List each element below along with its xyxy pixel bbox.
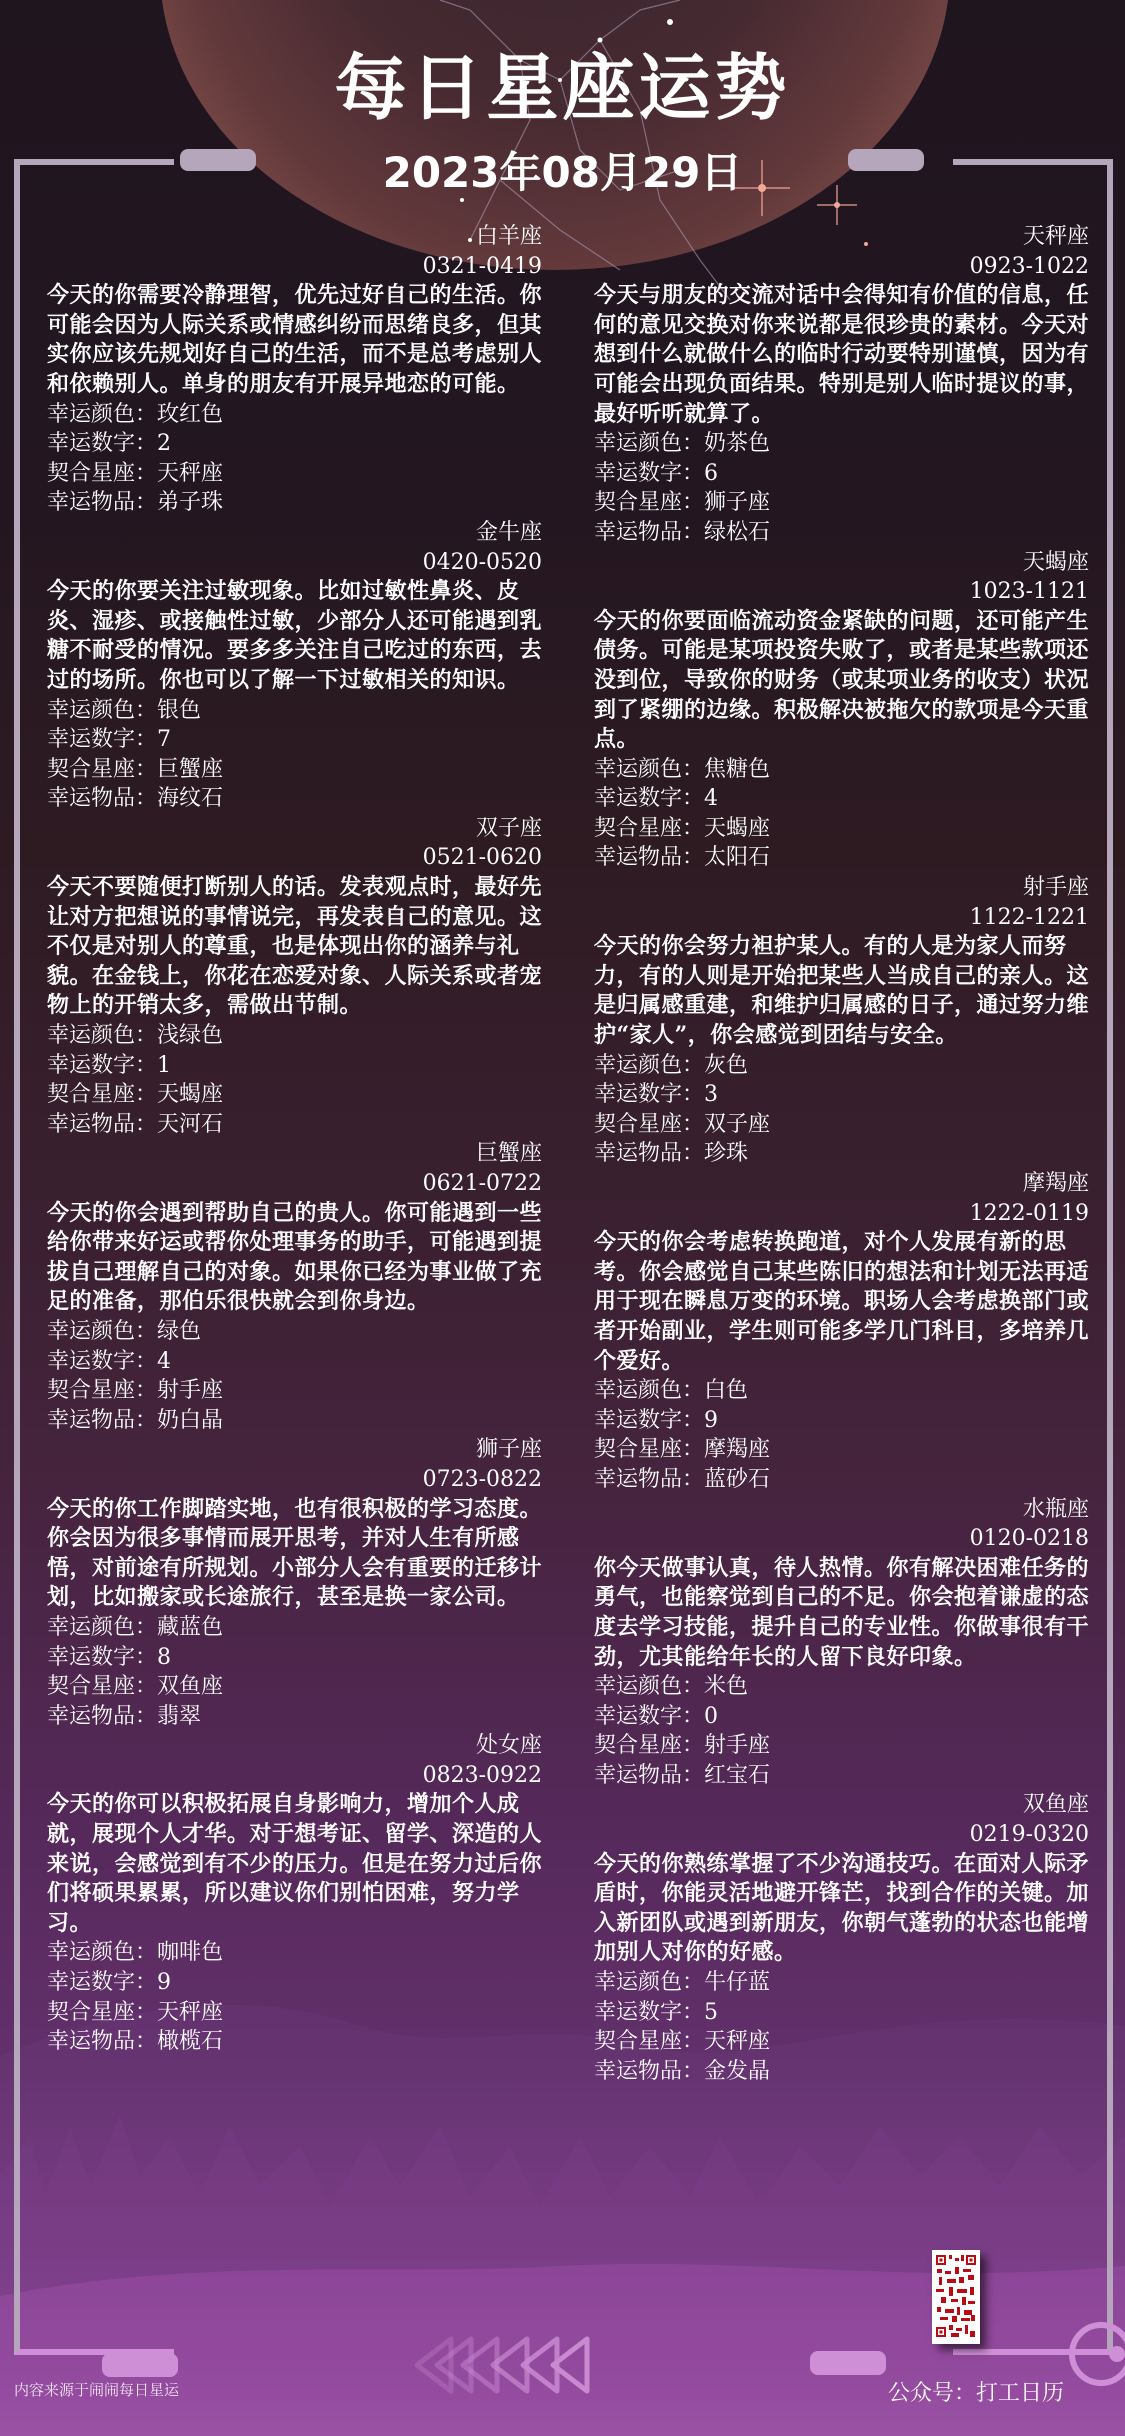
lucky-color-row: 幸运颜色：咖啡色 <box>47 1938 542 1968</box>
lucky-color-row: 幸运颜色：浅绿色 <box>47 1021 542 1051</box>
lucky-item-row: 幸运物品：蓝砂石 <box>594 1465 1089 1495</box>
horoscope-entry: 金牛座0420-0520今天的你要关注过敏现象。比如过敏性鼻炎、皮炎、湿疹、或接… <box>47 518 542 814</box>
lucky-color-label: 幸运颜色： <box>47 1615 157 1640</box>
sign-description: 今天的你熟练掌握了不少沟通技巧。在面对人际矛盾时，你能灵活地避开锋芒，找到合作的… <box>594 1850 1089 1968</box>
sign-date-range: 1023-1121 <box>594 577 1089 607</box>
matching-sign-row: 契合星座：天秤座 <box>47 459 542 489</box>
matching-sign-value: 天秤座 <box>704 2029 770 2054</box>
lucky-item-value: 天河石 <box>157 1112 223 1137</box>
lucky-color-label: 幸运颜色： <box>47 1023 157 1048</box>
lucky-number-row: 幸运数字：2 <box>47 429 542 459</box>
matching-sign-row: 契合星座：双鱼座 <box>47 1672 542 1702</box>
lucky-color-value: 奶茶色 <box>704 431 770 456</box>
matching-sign-row: 契合星座：狮子座 <box>594 488 1089 518</box>
lucky-number-label: 幸运数字： <box>47 431 157 456</box>
lucky-color-value: 白色 <box>704 1378 748 1403</box>
lucky-number-row: 幸运数字：6 <box>594 459 1089 489</box>
lucky-item-value: 翡翠 <box>157 1704 201 1729</box>
matching-sign-row: 契合星座：天蝎座 <box>594 814 1089 844</box>
sign-date-range: 1122-1221 <box>594 903 1089 933</box>
lucky-number-label: 幸运数字： <box>594 2000 704 2025</box>
sign-date-range: 0723-0822 <box>47 1465 542 1495</box>
sign-name: 水瓶座 <box>594 1495 1089 1525</box>
lucky-item-row: 幸运物品：弟子珠 <box>47 488 542 518</box>
sign-description: 今天的你会考虑转换跑道，对个人发展有新的思考。你会感觉自己某些陈旧的想法和计划无… <box>594 1228 1089 1376</box>
lucky-color-row: 幸运颜色：玫红色 <box>47 400 542 430</box>
lucky-number-row: 幸运数字：4 <box>47 1347 542 1377</box>
lucky-item-value: 弟子珠 <box>157 490 223 515</box>
matching-sign-label: 契合星座： <box>594 816 704 841</box>
lucky-item-value: 蓝砂石 <box>704 1467 770 1492</box>
horoscope-entry: 双鱼座0219-0320今天的你熟练掌握了不少沟通技巧。在面对人际矛盾时，你能灵… <box>594 1790 1089 2086</box>
matching-sign-row: 契合星座：双子座 <box>594 1110 1089 1140</box>
sign-description: 今天的你需要冷静理智，优先过好自己的生活。你可能会因为人际关系或情感纠纷而思绪良… <box>47 281 542 399</box>
matching-sign-value: 摩羯座 <box>704 1437 770 1462</box>
ring-decoration <box>1069 2322 1125 2386</box>
lucky-number-label: 幸运数字： <box>594 1704 704 1729</box>
matching-sign-row: 契合星座：射手座 <box>47 1376 542 1406</box>
lucky-number-label: 幸运数字： <box>47 1970 157 1995</box>
horoscope-entry: 射手座1122-1221今天的你会努力袒护某人。有的人是为家人而努力，有的人则是… <box>594 873 1089 1169</box>
lucky-item-row: 幸运物品：红宝石 <box>594 1761 1089 1791</box>
page-date: 2023年08月29日 <box>0 140 1125 200</box>
lucky-number-label: 幸运数字： <box>47 1645 157 1670</box>
lucky-color-row: 幸运颜色：银色 <box>47 696 542 726</box>
lucky-item-value: 太阳石 <box>704 845 770 870</box>
sign-name: 天蝎座 <box>594 548 1089 578</box>
lucky-item-value: 橄榄石 <box>157 2029 223 2054</box>
matching-sign-label: 契合星座： <box>594 1437 704 1462</box>
horoscope-entry: 天秤座0923-1022今天与朋友的交流对话中会得知有价值的信息，任何的意见交换… <box>594 222 1089 548</box>
lucky-color-row: 幸运颜色：绿色 <box>47 1317 542 1347</box>
left-column: 白羊座0321-0419今天的你需要冷静理智，优先过好自己的生活。你可能会因为人… <box>47 222 542 2057</box>
sign-date-range: 0521-0620 <box>47 843 542 873</box>
sign-description: 你今天做事认真，待人热情。你有解决困难任务的勇气，也能察觉到自己的不足。你会抱着… <box>594 1554 1089 1672</box>
matching-sign-label: 契合星座： <box>594 490 704 515</box>
lucky-item-label: 幸运物品： <box>594 845 704 870</box>
lucky-item-row: 幸运物品：橄榄石 <box>47 2027 542 2057</box>
sign-name: 双鱼座 <box>594 1790 1089 1820</box>
lucky-number-value: 2 <box>157 431 171 456</box>
lucky-item-label: 幸运物品： <box>47 1112 157 1137</box>
horoscope-entry: 白羊座0321-0419今天的你需要冷静理智，优先过好自己的生活。你可能会因为人… <box>47 222 542 518</box>
matching-sign-label: 契合星座： <box>47 1378 157 1403</box>
sign-date-range: 0219-0320 <box>594 1820 1089 1850</box>
lucky-number-value: 9 <box>157 1970 171 1995</box>
lucky-color-label: 幸运颜色： <box>594 1970 704 1995</box>
lucky-number-value: 0 <box>704 1704 718 1729</box>
lucky-item-value: 绿松石 <box>704 520 770 545</box>
lucky-number-value: 8 <box>157 1645 171 1670</box>
lucky-number-value: 4 <box>704 786 718 811</box>
lucky-item-label: 幸运物品： <box>47 1704 157 1729</box>
matching-sign-value: 天秤座 <box>157 461 223 486</box>
lucky-number-value: 4 <box>157 1349 171 1374</box>
sign-description: 今天的你要关注过敏现象。比如过敏性鼻炎、皮炎、湿疹、或接触性过敏，少部分人还可能… <box>47 577 542 695</box>
matching-sign-row: 契合星座：天蝎座 <box>47 1080 542 1110</box>
lucky-number-label: 幸运数字： <box>594 1408 704 1433</box>
matching-sign-row: 契合星座：天秤座 <box>47 1998 542 2028</box>
lucky-item-label: 幸运物品： <box>47 490 157 515</box>
matching-sign-label: 契合星座： <box>594 2029 704 2054</box>
sign-description: 今天的你要面临流动资金紧缺的问题，还可能产生债务。可能是某项投资失败了，或者是某… <box>594 607 1089 755</box>
lucky-number-value: 9 <box>704 1408 718 1433</box>
sign-description: 今天的你会努力袒护某人。有的人是为家人而努力，有的人则是开始把某些人当成自己的亲… <box>594 932 1089 1050</box>
lucky-item-row: 幸运物品：天河石 <box>47 1110 542 1140</box>
lucky-color-label: 幸运颜色： <box>47 698 157 723</box>
lucky-color-value: 银色 <box>157 698 201 723</box>
lucky-color-row: 幸运颜色：灰色 <box>594 1051 1089 1081</box>
lucky-color-label: 幸运颜色： <box>47 1319 157 1344</box>
lucky-color-value: 咖啡色 <box>157 1940 223 1965</box>
sign-date-range: 0321-0419 <box>47 252 542 282</box>
lucky-color-label: 幸运颜色： <box>594 431 704 456</box>
sign-name: 摩羯座 <box>594 1169 1089 1199</box>
lucky-item-label: 幸运物品： <box>47 786 157 811</box>
lucky-color-label: 幸运颜色： <box>594 1674 704 1699</box>
matching-sign-value: 巨蟹座 <box>157 757 223 782</box>
sign-date-range: 0420-0520 <box>47 548 542 578</box>
sign-description: 今天的你会遇到帮助自己的贵人。你可能遇到一些给你带来好运或帮你处理事务的助手，可… <box>47 1199 542 1317</box>
lucky-item-value: 金发晶 <box>704 2059 770 2084</box>
matching-sign-value: 天秤座 <box>157 2000 223 2025</box>
lucky-number-value: 3 <box>704 1082 718 1107</box>
horoscope-entry: 摩羯座1222-0119今天的你会考虑转换跑道，对个人发展有新的思考。你会感觉自… <box>594 1169 1089 1495</box>
horoscope-entry: 水瓶座0120-0218你今天做事认真，待人热情。你有解决困难任务的勇气，也能察… <box>594 1495 1089 1791</box>
triangle-arrows-left-icon <box>415 2335 595 2397</box>
page-title: 每日星座运势 <box>0 30 1125 134</box>
sign-date-range: 0823-0922 <box>47 1761 542 1791</box>
matching-sign-row: 契合星座：射手座 <box>594 1731 1089 1761</box>
sign-name: 处女座 <box>47 1731 542 1761</box>
lucky-color-label: 幸运颜色： <box>47 1940 157 1965</box>
lucky-item-label: 幸运物品： <box>47 2029 157 2054</box>
sign-date-range: 0621-0722 <box>47 1169 542 1199</box>
lucky-item-label: 幸运物品： <box>594 1141 704 1166</box>
sign-name: 天秤座 <box>594 222 1089 252</box>
qr-code-icon[interactable] <box>932 2250 980 2344</box>
sign-date-range: 1222-0119 <box>594 1199 1089 1229</box>
matching-sign-label: 契合星座： <box>594 1733 704 1758</box>
lucky-item-row: 幸运物品：太阳石 <box>594 843 1089 873</box>
lucky-item-value: 珍珠 <box>704 1141 748 1166</box>
matching-sign-value: 双子座 <box>704 1112 770 1137</box>
horoscope-entry: 巨蟹座0621-0722今天的你会遇到帮助自己的贵人。你可能遇到一些给你带来好运… <box>47 1139 542 1435</box>
lucky-color-label: 幸运颜色： <box>594 757 704 782</box>
lucky-number-row: 幸运数字：9 <box>594 1406 1089 1436</box>
lucky-color-row: 幸运颜色：奶茶色 <box>594 429 1089 459</box>
lucky-color-row: 幸运颜色：米色 <box>594 1672 1089 1702</box>
matching-sign-label: 契合星座： <box>47 1674 157 1699</box>
lucky-color-value: 灰色 <box>704 1053 748 1078</box>
matching-sign-value: 天蝎座 <box>157 1082 223 1107</box>
account-credit: 公众号：打工日历 <box>888 2376 1064 2407</box>
sign-date-range: 0923-1022 <box>594 252 1089 282</box>
lucky-item-label: 幸运物品： <box>594 2059 704 2084</box>
lucky-number-value: 5 <box>704 2000 718 2025</box>
sign-name: 金牛座 <box>47 518 542 548</box>
horoscope-entry: 双子座0521-0620今天不要随便打断别人的话。发表观点时，最好先让对方把想说… <box>47 814 542 1140</box>
lucky-number-row: 幸运数字：7 <box>47 725 542 755</box>
lucky-color-label: 幸运颜色： <box>594 1378 704 1403</box>
matching-sign-value: 射手座 <box>704 1733 770 1758</box>
lucky-item-row: 幸运物品：金发晶 <box>594 2057 1089 2087</box>
lucky-item-row: 幸运物品：翡翠 <box>47 1702 542 1732</box>
lucky-item-value: 奶白晶 <box>157 1408 223 1433</box>
lucky-color-value: 牛仔蓝 <box>704 1970 770 1995</box>
horoscope-entry: 处女座0823-0922今天的你可以积极拓展自身影响力，增加个人成就，展现个人才… <box>47 1731 542 2057</box>
matching-sign-row: 契合星座：天秤座 <box>594 2027 1089 2057</box>
lucky-number-value: 1 <box>157 1053 171 1078</box>
frame-pill-decoration <box>102 2353 178 2377</box>
lucky-number-value: 6 <box>704 461 718 486</box>
lucky-number-label: 幸运数字： <box>594 786 704 811</box>
sign-name: 双子座 <box>47 814 542 844</box>
lucky-item-label: 幸运物品： <box>594 1467 704 1492</box>
lucky-item-row: 幸运物品：奶白晶 <box>47 1406 542 1436</box>
lucky-number-row: 幸运数字：1 <box>47 1051 542 1081</box>
matching-sign-label: 契合星座： <box>47 2000 157 2025</box>
sign-description: 今天的你可以积极拓展自身影响力，增加个人成就，展现个人才华。对于想考证、留学、深… <box>47 1790 542 1938</box>
matching-sign-label: 契合星座： <box>47 757 157 782</box>
right-column: 天秤座0923-1022今天与朋友的交流对话中会得知有价值的信息，任何的意见交换… <box>594 222 1089 2086</box>
matching-sign-label: 契合星座： <box>47 1082 157 1107</box>
lucky-number-row: 幸运数字：8 <box>47 1643 542 1673</box>
lucky-number-value: 7 <box>157 727 171 752</box>
sign-description: 今天不要随便打断别人的话。发表观点时，最好先让对方把想说的事情说完，再发表自己的… <box>47 873 542 1021</box>
horoscope-entry: 狮子座0723-0822今天的你工作脚踏实地，也有很积极的学习态度。你会因为很多… <box>47 1435 542 1731</box>
lucky-item-row: 幸运物品：海纹石 <box>47 784 542 814</box>
lucky-color-row: 幸运颜色：藏蓝色 <box>47 1613 542 1643</box>
sign-name: 狮子座 <box>47 1435 542 1465</box>
lucky-color-value: 焦糖色 <box>704 757 770 782</box>
lucky-item-label: 幸运物品： <box>594 520 704 545</box>
lucky-item-label: 幸运物品： <box>47 1408 157 1433</box>
lucky-item-row: 幸运物品：绿松石 <box>594 518 1089 548</box>
sign-description: 今天的你工作脚踏实地，也有很积极的学习态度。你会因为很多事情而展开思考，并对人生… <box>47 1495 542 1613</box>
matching-sign-row: 契合星座：摩羯座 <box>594 1435 1089 1465</box>
lucky-color-row: 幸运颜色：白色 <box>594 1376 1089 1406</box>
lucky-color-value: 米色 <box>704 1674 748 1699</box>
lucky-item-row: 幸运物品：珍珠 <box>594 1139 1089 1169</box>
lucky-number-row: 幸运数字：4 <box>594 784 1089 814</box>
matching-sign-value: 双鱼座 <box>157 1674 223 1699</box>
lucky-number-row: 幸运数字：5 <box>594 1998 1089 2028</box>
lucky-color-value: 玫红色 <box>157 402 223 427</box>
lucky-color-row: 幸运颜色：焦糖色 <box>594 755 1089 785</box>
matching-sign-label: 契合星座： <box>47 461 157 486</box>
sign-name: 白羊座 <box>47 222 542 252</box>
sign-description: 今天与朋友的交流对话中会得知有价值的信息，任何的意见交换对你来说都是很珍贵的素材… <box>594 281 1089 429</box>
lucky-number-label: 幸运数字： <box>47 1053 157 1078</box>
lucky-number-row: 幸运数字：0 <box>594 1702 1089 1732</box>
matching-sign-value: 狮子座 <box>704 490 770 515</box>
sign-name: 巨蟹座 <box>47 1139 542 1169</box>
lucky-item-value: 海纹石 <box>157 786 223 811</box>
lucky-item-label: 幸运物品： <box>594 1763 704 1788</box>
lucky-number-row: 幸运数字：3 <box>594 1080 1089 1110</box>
sign-name: 射手座 <box>594 873 1089 903</box>
matching-sign-value: 射手座 <box>157 1378 223 1403</box>
horoscope-entry: 天蝎座1023-1121今天的你要面临流动资金紧缺的问题，还可能产生债务。可能是… <box>594 548 1089 874</box>
matching-sign-label: 契合星座： <box>594 1112 704 1137</box>
lucky-number-label: 幸运数字： <box>594 461 704 486</box>
lucky-number-label: 幸运数字： <box>47 727 157 752</box>
lucky-number-label: 幸运数字： <box>594 1082 704 1107</box>
matching-sign-value: 天蝎座 <box>704 816 770 841</box>
lucky-color-label: 幸运颜色： <box>594 1053 704 1078</box>
source-credit: 内容来源于闹闹每日星运 <box>14 2379 179 2400</box>
lucky-item-value: 红宝石 <box>704 1763 770 1788</box>
matching-sign-row: 契合星座：巨蟹座 <box>47 755 542 785</box>
lucky-color-value: 绿色 <box>157 1319 201 1344</box>
lucky-color-value: 浅绿色 <box>157 1023 223 1048</box>
sign-date-range: 0120-0218 <box>594 1524 1089 1554</box>
lucky-number-label: 幸运数字： <box>47 1349 157 1374</box>
lucky-number-row: 幸运数字：9 <box>47 1968 542 1998</box>
frame-pill-decoration <box>810 2351 886 2375</box>
lucky-color-value: 藏蓝色 <box>157 1615 223 1640</box>
lucky-color-label: 幸运颜色： <box>47 402 157 427</box>
lucky-color-row: 幸运颜色：牛仔蓝 <box>594 1968 1089 1998</box>
